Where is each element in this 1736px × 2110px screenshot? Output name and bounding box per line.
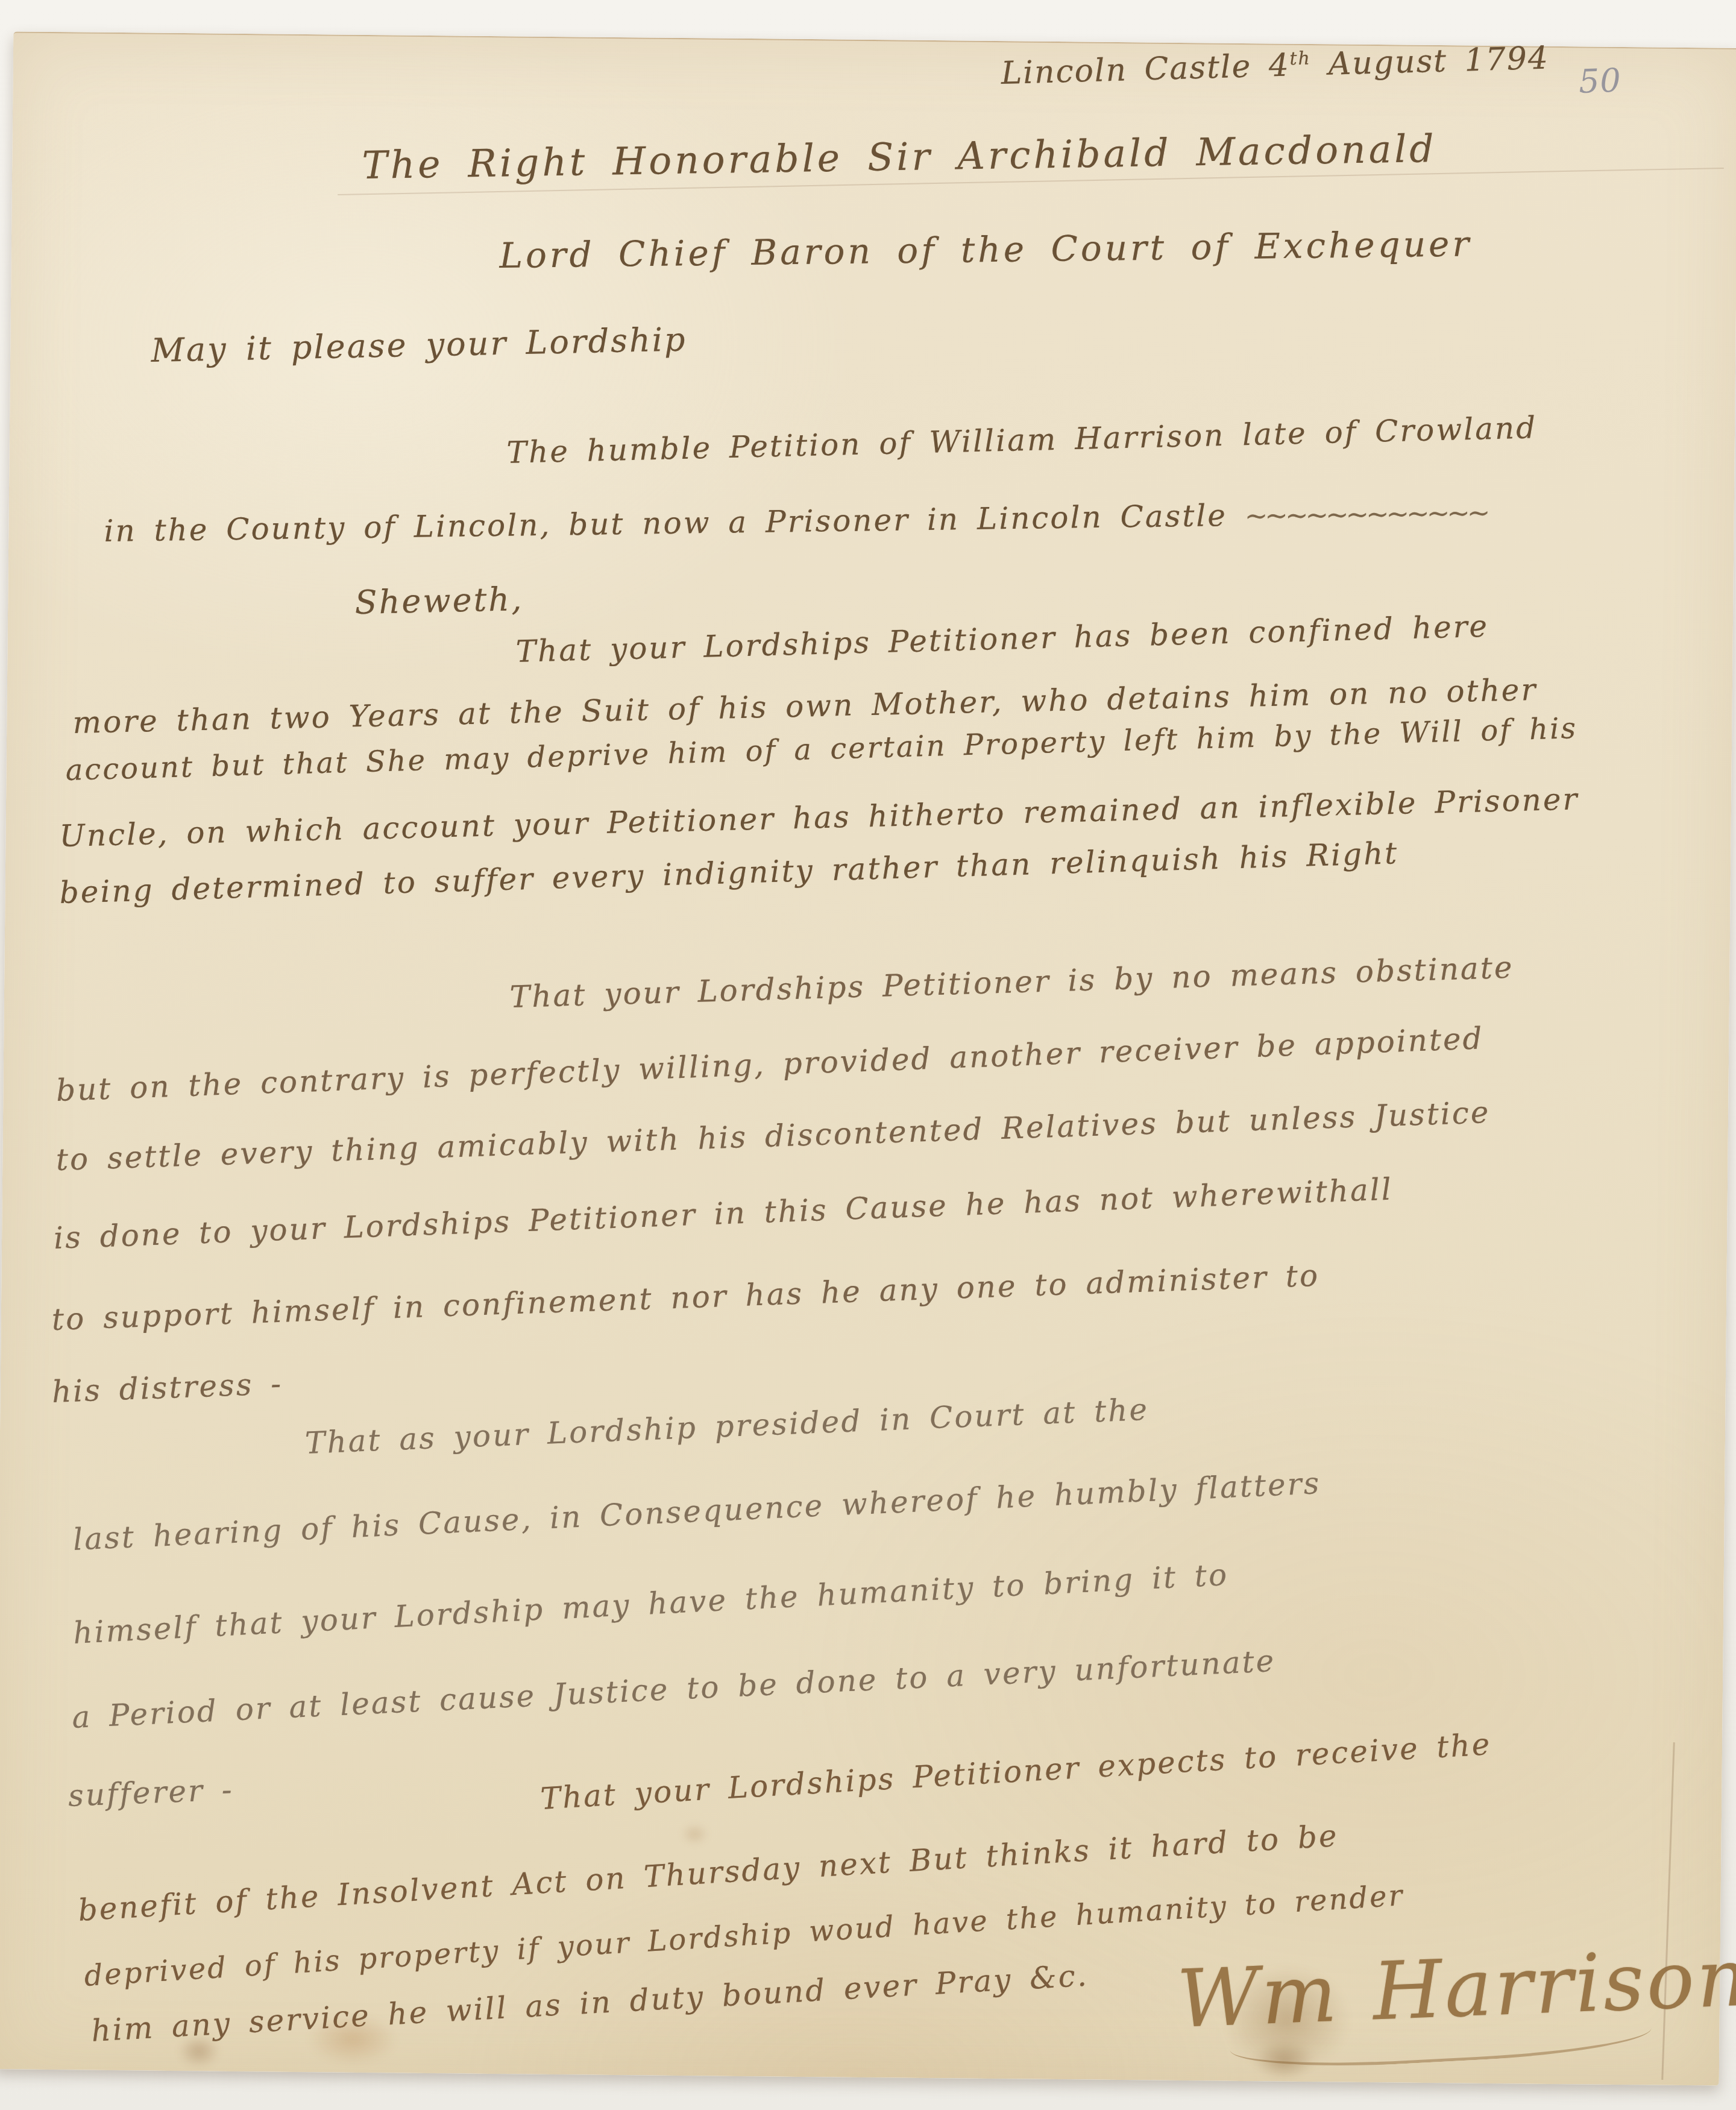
letter-line: to settle every thing amicably with his … <box>55 1095 1491 1177</box>
letter-line: his distress - <box>51 1366 283 1409</box>
letter-line: That your Lordships Petitioner has been … <box>515 609 1489 669</box>
letter-line: himself that your Lordship may have the … <box>72 1557 1229 1651</box>
foxing-stain <box>178 2035 220 2068</box>
letter-line: but on the contrary is perfectly willing… <box>55 1021 1485 1108</box>
dateline-ordinal-superscript: th <box>1289 48 1311 69</box>
foxing-stain <box>307 2014 398 2065</box>
letter-line-text: in the County of Lincoln, but now a Pris… <box>104 498 1245 549</box>
letter-line: That your Lordships Petitioner is by no … <box>509 950 1514 1015</box>
letter-line: is done to your Lordships Petitioner in … <box>53 1172 1394 1256</box>
letter-line: The humble Petition of William Harrison … <box>506 410 1538 470</box>
letter-line: sufferer - <box>68 1772 234 1813</box>
foxing-stain <box>681 1824 708 1845</box>
letter-line: in the County of Lincoln, but now a Pris… <box>104 494 1488 549</box>
dateline: Lincoln Castle 4th August 1794 <box>1001 40 1550 92</box>
letter-line: a Period or at least cause Justice to be… <box>71 1643 1276 1735</box>
letter-line: to support himself in confinement nor ha… <box>51 1258 1320 1337</box>
letter-line: last hearing of his Cause, in Consequenc… <box>72 1466 1321 1557</box>
pencil-archive-number: 50 <box>1578 61 1622 101</box>
heading-recipient-title: Lord Chief Baron of the Court of Exchequ… <box>499 223 1473 276</box>
letter-text-layer: Lincoln Castle 4th August 1794 50 The Ri… <box>0 0 1736 2110</box>
dateline-place-day: Lincoln Castle 4 <box>1001 48 1291 92</box>
salutation: May it please your Lordship <box>151 320 687 370</box>
line-filler-squiggle: ~~~~~~~~~~~~ <box>1244 496 1487 532</box>
dateline-month-year: August 1794 <box>1310 40 1549 83</box>
heading-recipient-name: The Right Honorable Sir Archibald Macdon… <box>362 127 1437 187</box>
letter-line: That your Lordships Petitioner expects t… <box>539 1727 1492 1816</box>
sheweth-line: Sheweth, <box>354 580 524 622</box>
ink-stain <box>1254 2041 1314 2080</box>
letter-line: That as your Lordship presided in Court … <box>304 1392 1149 1461</box>
